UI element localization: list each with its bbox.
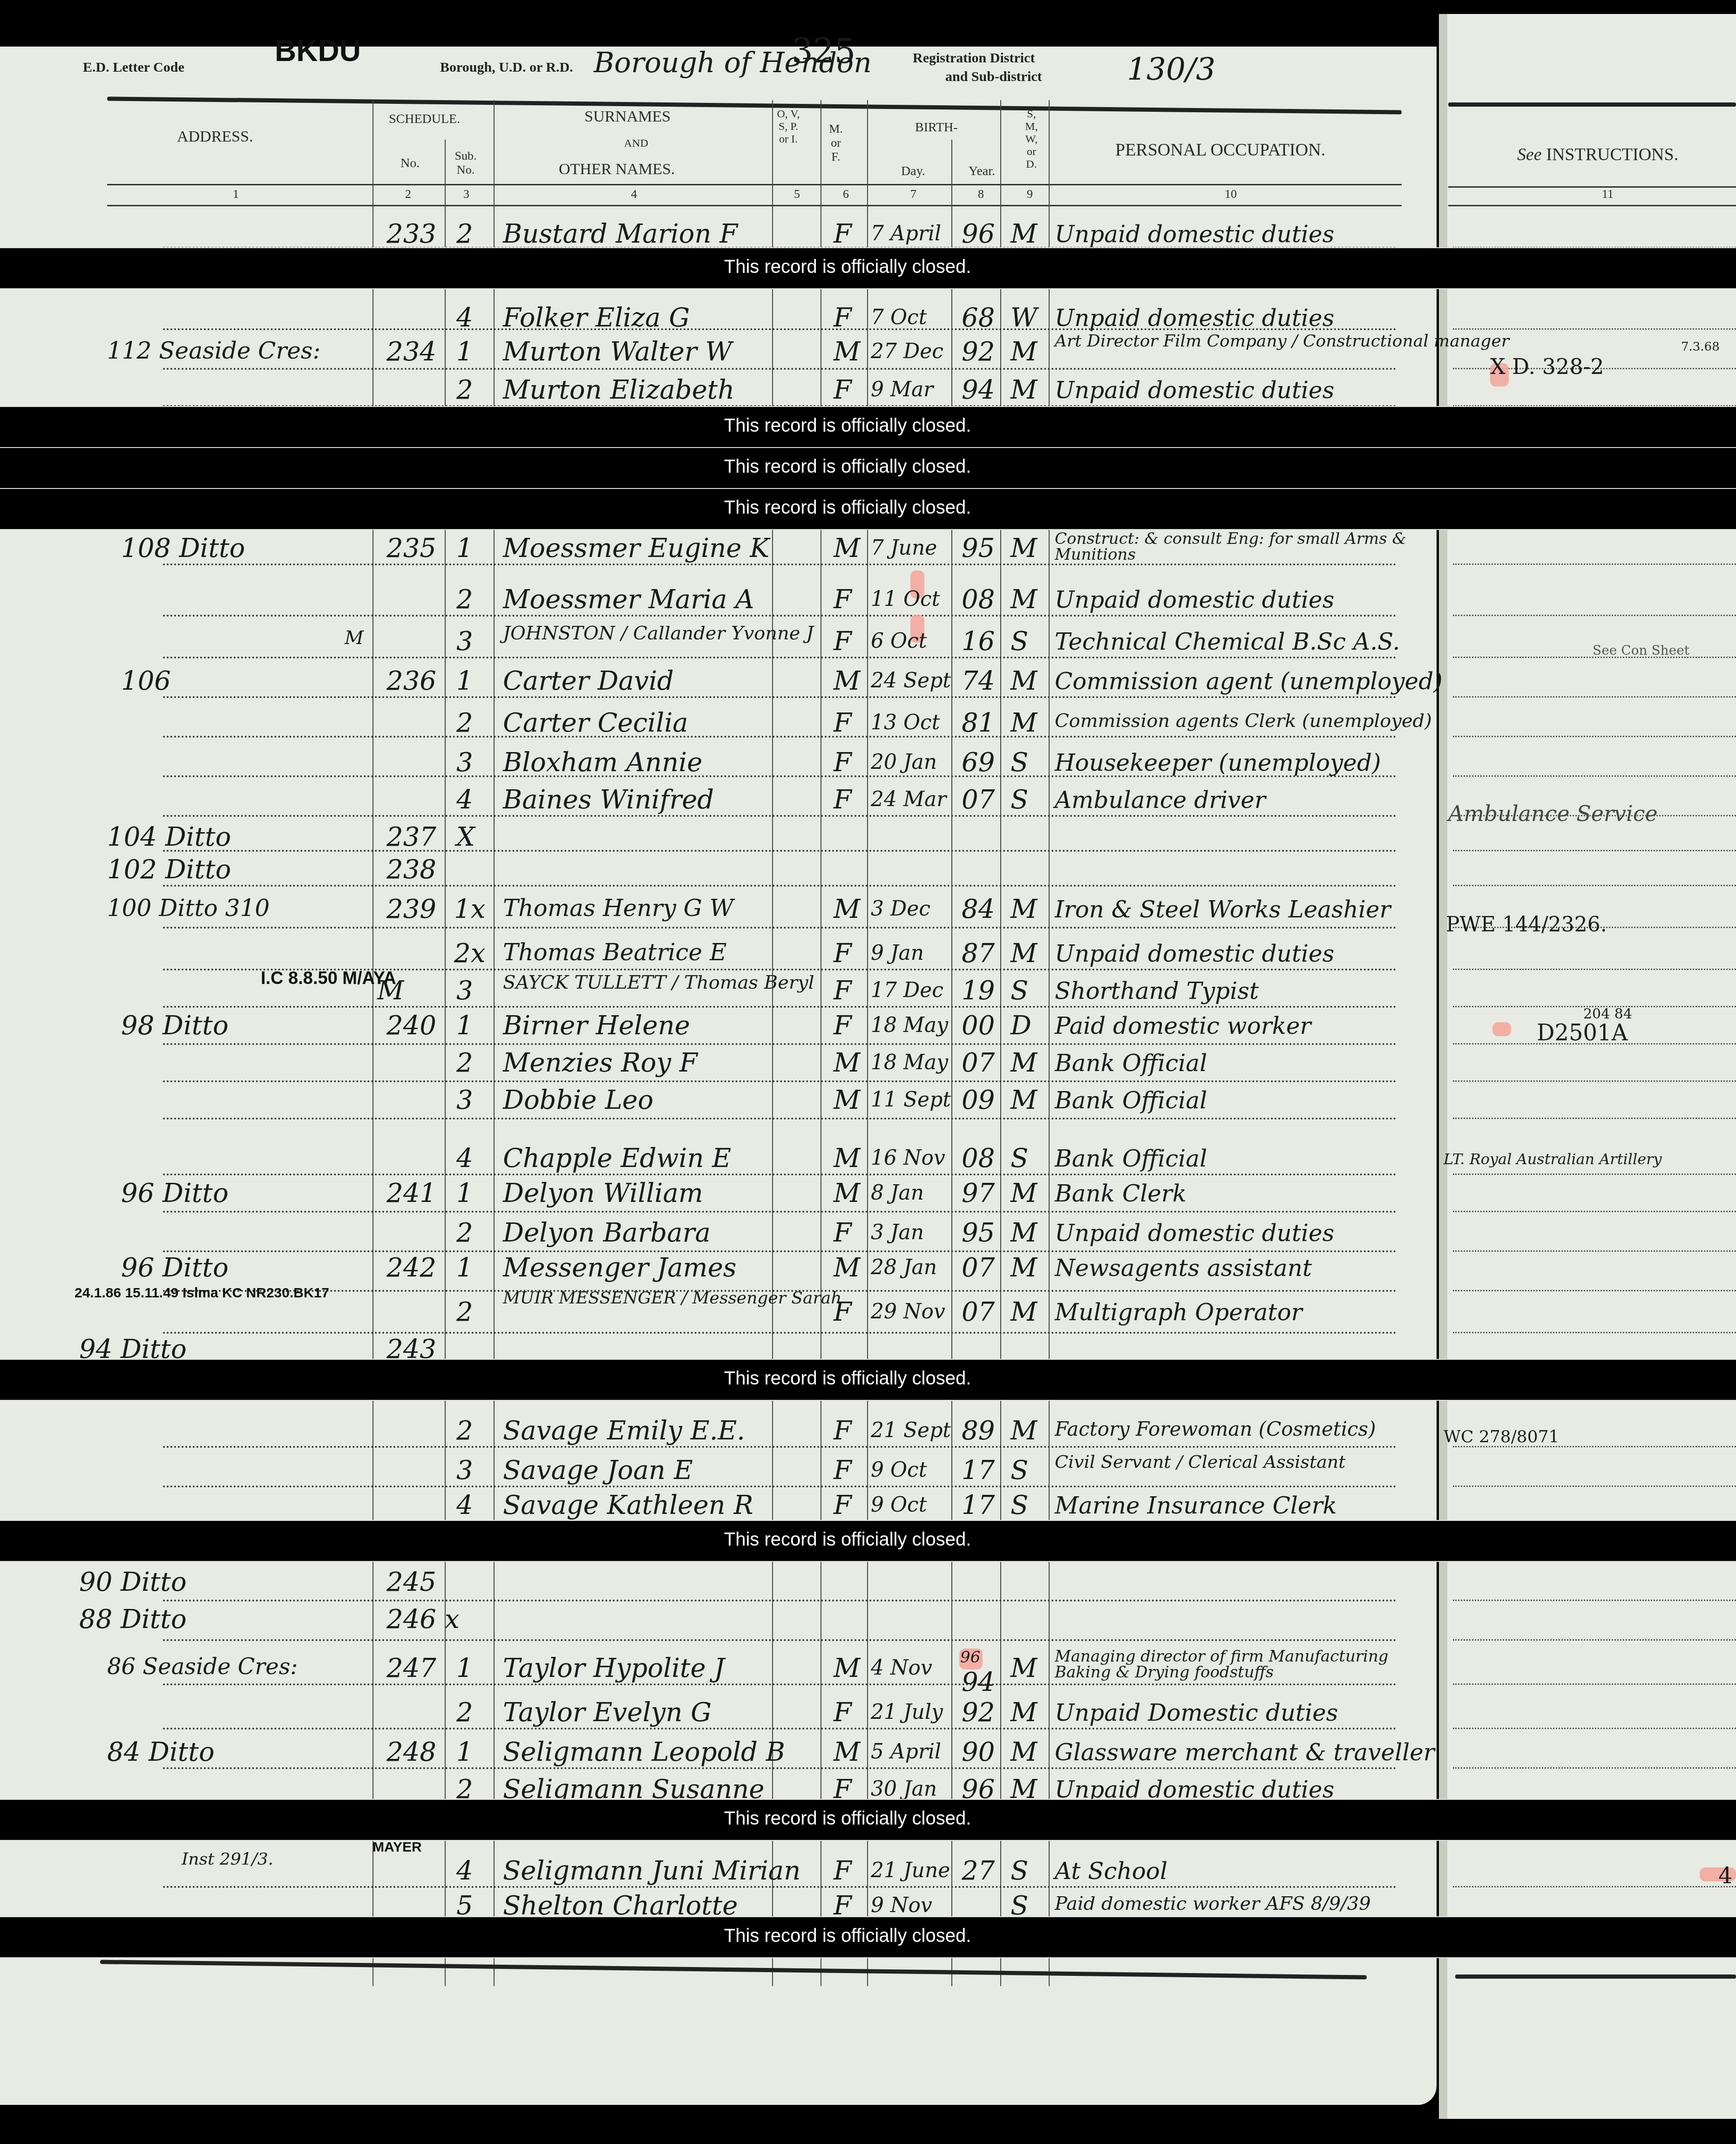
birth-year: 97 — [962, 1181, 995, 1207]
sub-no: 4 — [456, 1493, 473, 1519]
sex: F — [834, 1458, 852, 1484]
address-note: 24.1.86 15.11.49 Islma KC NR230.BK17 — [75, 1285, 373, 1301]
row-baseline-right — [1453, 1174, 1736, 1176]
birth-day: 5 April — [871, 1742, 941, 1762]
address-stamp: I.C 8.8.50 M/AYA — [261, 969, 396, 989]
sub-no: 2 — [456, 1418, 473, 1444]
marital: M — [1010, 668, 1037, 694]
see-word: See — [1517, 145, 1542, 164]
marital: S — [1010, 1493, 1028, 1519]
red-highlight — [1492, 1022, 1511, 1036]
borough-label: Borough, U.D. or R.D. — [440, 60, 573, 75]
name: Savage Kathleen R — [503, 1493, 753, 1519]
closed-record-text: This record is officially closed. — [698, 415, 997, 436]
name: Savage Joan E — [503, 1458, 693, 1484]
closed-record-bar: This record is officially closed. — [0, 1916, 1736, 1958]
birth-year: 08 — [962, 587, 995, 613]
name: Menzies Roy F — [503, 1050, 698, 1076]
address-note: M — [345, 629, 364, 647]
birth-day: 7 Oct — [871, 307, 927, 328]
marital: S — [1010, 1893, 1028, 1919]
sub-no: 2 — [456, 377, 473, 403]
sex: M — [834, 1255, 860, 1281]
sex: M — [834, 536, 860, 562]
sub-no: 2 — [456, 587, 473, 613]
birth-day: 9 Mar — [871, 380, 933, 400]
sex: F — [834, 1220, 852, 1246]
col-see-instructions: See INSTRUCTIONS. — [1517, 144, 1678, 165]
name: SAYCK TULLETT / Thomas Beryl — [503, 973, 814, 992]
name: Messenger James — [503, 1255, 737, 1281]
address: 104 Ditto — [107, 824, 231, 850]
annotation-artillery: LT. Royal Australian Artillery — [1444, 1150, 1662, 1168]
header-sub-rule — [107, 184, 1402, 185]
birth-year: 81 — [962, 710, 995, 736]
sex: F — [834, 750, 852, 776]
marital: S — [1010, 750, 1028, 776]
col-num-3: 3 — [463, 187, 469, 201]
schedule-no: 237 — [387, 824, 436, 850]
name: Thomas Beatrice E — [503, 941, 727, 964]
col-num-9: 9 — [1027, 187, 1033, 201]
birth-day: 13 Oct — [871, 712, 940, 733]
col-year: Year. — [969, 164, 995, 179]
row-baseline — [163, 850, 1397, 854]
closed-record-text: This record is officially closed. — [698, 1368, 997, 1389]
sub-no: 2 — [456, 710, 473, 736]
sex: F — [834, 941, 852, 967]
birth-day: 7 April — [871, 224, 941, 244]
marital: M — [1010, 1220, 1037, 1246]
occupation: Unpaid domestic duties — [1055, 1221, 1334, 1245]
birth-day: 18 May — [871, 1015, 948, 1036]
marital: M — [1010, 587, 1037, 613]
sub-no: 1 — [456, 1181, 473, 1207]
address: 90 Ditto — [79, 1569, 187, 1595]
birth-year: 94 — [962, 377, 995, 403]
closed-record-text: This record is officially closed. — [698, 497, 997, 518]
birth-day: 21 June — [871, 1860, 950, 1881]
sex: M — [834, 1739, 860, 1765]
birth-year: 87 — [962, 941, 995, 967]
row-baseline — [163, 1332, 1397, 1336]
schedule-no: 246 — [387, 1607, 436, 1633]
occupation: Paid domestic worker AFS 8/9/39 — [1055, 1894, 1371, 1913]
birth-year: 17 — [962, 1458, 995, 1484]
address: 100 Ditto 310 — [107, 896, 270, 920]
sex: M — [834, 1087, 860, 1113]
birth-day: 21 Sept — [871, 1420, 951, 1441]
birth-day: 21 July — [871, 1702, 943, 1723]
name: Moessmer Maria A — [503, 587, 754, 613]
marital: M — [1010, 377, 1037, 403]
name: Thomas Henry G W — [503, 896, 733, 920]
birth-year: 96 — [962, 221, 995, 247]
birth-year: 16 — [962, 629, 995, 655]
sex: F — [834, 629, 852, 655]
row-baseline-right — [1453, 1080, 1736, 1083]
sex: M — [834, 339, 860, 365]
birth-day: 6 Oct — [871, 631, 927, 651]
birth-day: 17 Dec — [871, 980, 943, 1001]
occupation: Bank Official — [1055, 1052, 1207, 1075]
sub-no: X — [456, 824, 475, 850]
occupation: Unpaid domestic duties — [1055, 306, 1334, 330]
sex: F — [834, 1299, 852, 1325]
sub-no: 1 — [456, 668, 473, 694]
name: Birner Helene — [503, 1013, 690, 1039]
name: Moessmer Eugine K — [503, 536, 769, 562]
birth-year: 19 — [962, 978, 995, 1004]
row-baseline-right — [1453, 1290, 1736, 1293]
birth-day: 28 Jan — [871, 1257, 937, 1278]
name: Bustard Marion F — [503, 221, 738, 247]
occupation: Multigraph Operator — [1055, 1301, 1302, 1324]
address: 88 Ditto — [79, 1607, 187, 1633]
sub-no: 1 — [456, 339, 473, 365]
row-baseline-right — [1453, 969, 1736, 971]
closed-record-bar: This record is officially closed. — [0, 406, 1736, 448]
birth-day: 27 Dec — [871, 341, 943, 362]
name: Carter David — [503, 668, 674, 694]
row-baseline-right — [1453, 1767, 1736, 1770]
marital: M — [1010, 1299, 1037, 1325]
marital: S — [1010, 787, 1028, 813]
col-num-4: 4 — [631, 187, 637, 201]
row-baseline-right — [1453, 1639, 1736, 1642]
closed-record-text: This record is officially closed. — [698, 1926, 997, 1947]
row-baseline — [163, 1683, 1397, 1687]
address: 96 Ditto — [121, 1255, 229, 1281]
row-baseline — [163, 615, 1397, 618]
birth-day: 18 May — [871, 1052, 948, 1073]
address: 108 Ditto — [121, 536, 245, 562]
row-baseline — [163, 1446, 1397, 1450]
birth-day: 3 Dec — [871, 899, 930, 919]
closed-record-bar: This record is officially closed. — [0, 247, 1736, 289]
address: 98 Ditto — [121, 1013, 229, 1039]
row-baseline — [163, 1080, 1397, 1084]
name: Delyon Barbara — [503, 1220, 711, 1246]
annotation-see-con-sheet: See Con Sheet — [1593, 643, 1689, 658]
schedule-no: 234 — [387, 339, 436, 365]
name: Bloxham Annie — [503, 750, 702, 776]
birth-day: 9 Nov — [871, 1895, 932, 1916]
col-surnames: SURNAMES — [584, 108, 671, 126]
col-mf: M. or F. — [827, 122, 845, 164]
schedule-note: M — [377, 978, 404, 1004]
sub-no: 2 — [456, 1700, 473, 1726]
closed-record-bar: This record is officially closed. — [0, 447, 1736, 489]
marital: D — [1010, 1013, 1031, 1039]
birth-year: 17 — [962, 1493, 995, 1519]
row-baseline-right — [1453, 1728, 1736, 1730]
birth-year: 92 — [962, 339, 995, 365]
name: Seligmann Leopold B — [503, 1739, 785, 1765]
birth-year: 07 — [962, 787, 995, 813]
address-note: Inst 291/3. — [182, 1851, 273, 1868]
col-smwd: S, M, W, or D. — [1022, 108, 1041, 171]
birth-year: 90 — [962, 1739, 995, 1765]
sex: M — [834, 1146, 860, 1172]
sub-no: 3 — [456, 1458, 473, 1484]
occupation: Newsagents assistant — [1055, 1256, 1312, 1280]
row-baseline-right — [1453, 850, 1736, 853]
schedule-no: 239 — [387, 896, 436, 923]
occupation: Marine Insurance Clerk — [1055, 1494, 1337, 1517]
address: 86 Seaside Cres: — [107, 1655, 298, 1678]
name: MUIR MESSENGER / Messenger Sarah — [503, 1290, 841, 1307]
col-num-7: 7 — [910, 187, 916, 201]
row-baseline — [163, 1043, 1397, 1047]
marital: M — [1010, 221, 1037, 247]
row-baseline-right — [1453, 1600, 1736, 1602]
row-baseline — [163, 657, 1397, 660]
header-num-rule-right — [1448, 205, 1736, 206]
sex: M — [834, 896, 860, 923]
schedule-no: 235 — [387, 536, 436, 562]
schedule-no: 242 — [387, 1255, 436, 1281]
birth-day: 7 June — [871, 538, 937, 558]
sub-no: 2 — [456, 221, 473, 247]
occupation: Paid domestic worker — [1055, 1014, 1311, 1038]
annotation-pwe: PWE 144/2326. — [1446, 913, 1607, 936]
col-num-5: 5 — [794, 187, 800, 201]
birth-year-correction: 96 — [960, 1649, 980, 1665]
occupation: Unpaid domestic duties — [1055, 942, 1334, 965]
row-baseline — [163, 1174, 1397, 1177]
birth-day: 9 Jan — [871, 943, 924, 963]
marital: M — [1010, 896, 1037, 923]
occupation: Unpaid domestic duties — [1055, 379, 1334, 402]
birth-day: 16 Nov — [871, 1148, 945, 1168]
sub-no: 3 — [456, 978, 473, 1004]
name: Murton Elizabeth — [503, 377, 734, 403]
registration-district: 130/3 — [1127, 51, 1215, 87]
occupation: Commission agents Clerk (unemployed) — [1055, 712, 1432, 730]
occupation: Construct: & consult Eng: for small Arms… — [1055, 531, 1409, 563]
marital: M — [1010, 1087, 1037, 1113]
occupation: At School — [1055, 1859, 1167, 1883]
occupation: Bank Official — [1055, 1089, 1207, 1112]
annotation-4: 4 — [1718, 1863, 1733, 1889]
sex: F — [834, 305, 852, 331]
row-baseline-right — [1453, 615, 1736, 617]
schedule-no: 245 — [387, 1569, 436, 1595]
marital: S — [1010, 1146, 1028, 1172]
occupation: Factory Forewoman (Cosmetics) — [1055, 1419, 1376, 1439]
birth-day: 4 Nov — [871, 1658, 932, 1678]
birth-year: 74 — [962, 668, 995, 694]
sex: F — [834, 978, 852, 1004]
occupation: Bank Official — [1055, 1147, 1207, 1170]
birth-year: 84 — [962, 896, 995, 923]
marital: M — [1010, 1739, 1037, 1765]
row-baseline — [163, 1250, 1397, 1254]
closed-record-text: This record is officially closed. — [698, 1808, 997, 1829]
row-baseline-right — [1453, 1332, 1736, 1335]
row-baseline — [163, 368, 1397, 372]
sub-no: 3 — [456, 750, 473, 776]
row-baseline-right — [1453, 1118, 1736, 1120]
col-address: ADDRESS. — [177, 128, 253, 146]
sex: M — [834, 1050, 860, 1076]
sub-no: 1 — [456, 1655, 473, 1682]
name: Baines Winifred — [503, 787, 714, 813]
name: Seligmann Juni Mirian — [503, 1858, 800, 1884]
sub-no: 2 — [456, 1299, 473, 1325]
birth-year: 94 — [962, 1669, 995, 1696]
marital: W — [1010, 305, 1038, 331]
sex: F — [834, 1858, 852, 1884]
name: Chapple Edwin E — [503, 1146, 731, 1172]
closed-record-bar: This record is officially closed. — [0, 1520, 1736, 1562]
name: Taylor Evelyn G — [503, 1700, 712, 1726]
schedule-no: 241 — [387, 1181, 436, 1207]
name: Delyon William — [503, 1181, 703, 1207]
row-baseline-right — [1453, 736, 1736, 739]
birth-year: 07 — [962, 1299, 995, 1325]
occupation: Technical Chemical B.Sc A.S. — [1055, 630, 1400, 653]
sex: F — [834, 1418, 852, 1444]
schedule-no: 238 — [387, 857, 436, 883]
row-baseline — [163, 1728, 1397, 1731]
name: Folker Eliza G — [503, 305, 690, 331]
annotation-ambulance: Ambulance Service — [1448, 801, 1658, 826]
marital: M — [1010, 536, 1037, 562]
row-baseline-right — [1453, 563, 1736, 566]
annotation-death-ref: X D. 328-2 — [1490, 354, 1604, 379]
sub-no: 4 — [456, 1146, 473, 1172]
birth-year: 69 — [962, 750, 995, 776]
name: Dobbie Leo — [503, 1087, 653, 1113]
sex: F — [834, 710, 852, 736]
address: 84 Ditto — [107, 1739, 215, 1765]
birth-day: 30 Jan — [871, 1779, 937, 1799]
col-schedule: SCHEDULE. — [389, 112, 460, 127]
header-num-rule — [107, 205, 1402, 206]
schedule-no: 236 — [387, 668, 436, 694]
name: Shelton Charlotte — [503, 1893, 738, 1919]
marital: M — [1010, 1050, 1037, 1076]
occupation: Unpaid Domestic duties — [1055, 1701, 1338, 1724]
row-baseline — [163, 885, 1397, 889]
occupation: Shorthand Typist — [1055, 979, 1259, 1003]
col-ovspi: O, V, S, P. or I. — [777, 108, 800, 146]
name: Taylor Hypolite J — [503, 1655, 725, 1682]
schedule-no: 248 — [387, 1739, 436, 1765]
closed-record-text: This record is officially closed. — [698, 456, 997, 477]
registration-label-2: and Sub-district — [945, 69, 1042, 85]
birth-year: 27 — [962, 1858, 995, 1884]
sub-no: 1 — [456, 1013, 473, 1039]
col-num-6: 6 — [843, 187, 849, 201]
page-number: 325 — [792, 32, 855, 71]
birth-day: 11 Oct — [871, 589, 940, 610]
col-num-10: 10 — [1225, 187, 1237, 201]
sub-no: 4 — [456, 1858, 473, 1884]
col-day: Day. — [901, 164, 925, 179]
schedule-no: 240 — [387, 1013, 436, 1039]
row-baseline-right — [1453, 1250, 1736, 1253]
closed-record-text: This record is officially closed. — [698, 257, 997, 278]
sub-no: x — [445, 1607, 460, 1633]
ed-letter-code-label: E.D. Letter Code — [83, 60, 184, 75]
marital: S — [1010, 1858, 1028, 1884]
annotation-d2501a: D2501A — [1537, 1020, 1627, 1046]
row-baseline — [163, 1639, 1397, 1643]
row-baseline-right — [1453, 1486, 1736, 1488]
address: 96 Ditto — [121, 1181, 229, 1207]
sub-no: 5 — [456, 1893, 473, 1919]
sex: F — [834, 1013, 852, 1039]
row-baseline — [163, 1006, 1397, 1010]
row-baseline-right — [1453, 1683, 1736, 1686]
birth-year: 92 — [962, 1700, 995, 1726]
sub-no: 2 — [456, 1050, 473, 1076]
marital: M — [1010, 339, 1037, 365]
row-baseline-right — [1453, 1886, 1736, 1889]
row-baseline — [163, 696, 1397, 700]
sub-no: 3 — [456, 1087, 473, 1113]
birth-day: 8 Jan — [871, 1183, 924, 1203]
annotation-death-date: 7.3.68 — [1681, 340, 1720, 354]
sex: F — [834, 377, 852, 403]
col-num-8: 8 — [978, 187, 984, 201]
birth-day: 9 Oct — [871, 1495, 927, 1515]
row-baseline — [163, 1600, 1397, 1603]
sex: F — [834, 1493, 852, 1519]
marital: M — [1010, 1700, 1037, 1726]
birth-day: 29 Nov — [871, 1302, 945, 1322]
row-baseline — [163, 927, 1397, 930]
header-sub-rule-right — [1448, 186, 1736, 188]
col-sub-no: Sub. No. — [454, 149, 477, 177]
registration-label-1: Registration District — [913, 50, 1035, 66]
occupation: Managing director of firm Manufacturing … — [1055, 1649, 1409, 1680]
row-baseline — [163, 1118, 1397, 1121]
occupation: Glassware merchant & traveller — [1055, 1741, 1435, 1764]
row-baseline — [163, 1486, 1397, 1489]
occupation: Civil Servant / Clerical Assistant — [1055, 1453, 1346, 1471]
sub-no: 4 — [456, 305, 473, 331]
birth-year: 09 — [962, 1087, 995, 1113]
sub-no: 2x — [454, 941, 485, 967]
sub-no: 2 — [456, 1220, 473, 1246]
sub-no: 1 — [456, 1255, 473, 1281]
birth-day: 24 Sept — [871, 671, 951, 691]
col-birth: BIRTH- — [915, 120, 958, 135]
sex: F — [834, 1700, 852, 1726]
row-baseline-right — [1453, 775, 1736, 778]
address: 112 Seaside Cres: — [107, 339, 320, 362]
schedule-no: 247 — [387, 1655, 436, 1682]
row-baseline-right — [1453, 328, 1736, 331]
birth-day: 20 Jan — [871, 752, 937, 773]
name: JOHNSTON / Callander Yvonne J — [503, 624, 814, 643]
occupation: Unpaid domestic duties — [1055, 223, 1334, 246]
header-rule-right — [1448, 102, 1736, 107]
col-no: No. — [400, 156, 420, 171]
birth-year: 07 — [962, 1050, 995, 1076]
sex: F — [834, 587, 852, 613]
sex: M — [834, 1655, 860, 1682]
marital: M — [1010, 1418, 1037, 1444]
birth-day: 3 Jan — [871, 1222, 924, 1243]
occupation: Unpaid domestic duties — [1055, 1778, 1334, 1801]
closed-record-bar: This record is officially closed. — [0, 1359, 1736, 1401]
row-baseline-right — [1453, 696, 1736, 699]
